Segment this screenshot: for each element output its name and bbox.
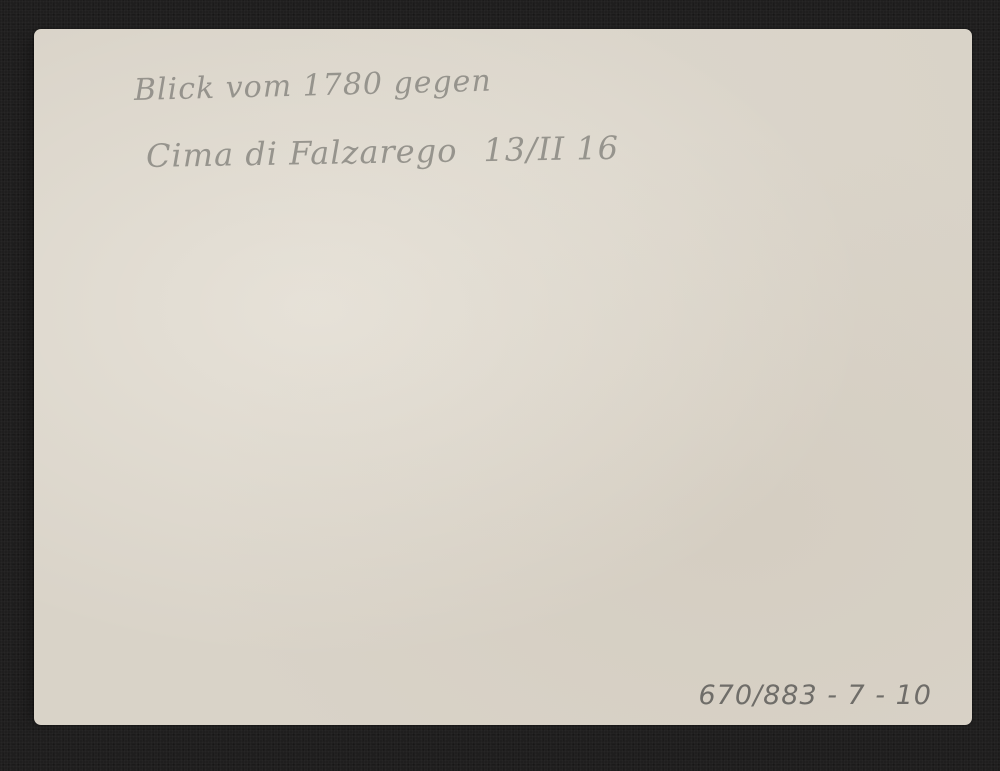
inscription-line-2: Cima di Falzarego13/II 16: [146, 129, 620, 175]
inscription-line-1: Blick vom 1780 gegen: [134, 64, 493, 108]
archive-number: 670/883 - 7 - 10: [698, 680, 932, 711]
inscription-place: Cima di Falzarego: [146, 132, 458, 175]
photo-card-back: Blick vom 1780 gegen Cima di Falzarego13…: [34, 29, 972, 725]
inscription-date: 13/II 16: [483, 129, 619, 169]
